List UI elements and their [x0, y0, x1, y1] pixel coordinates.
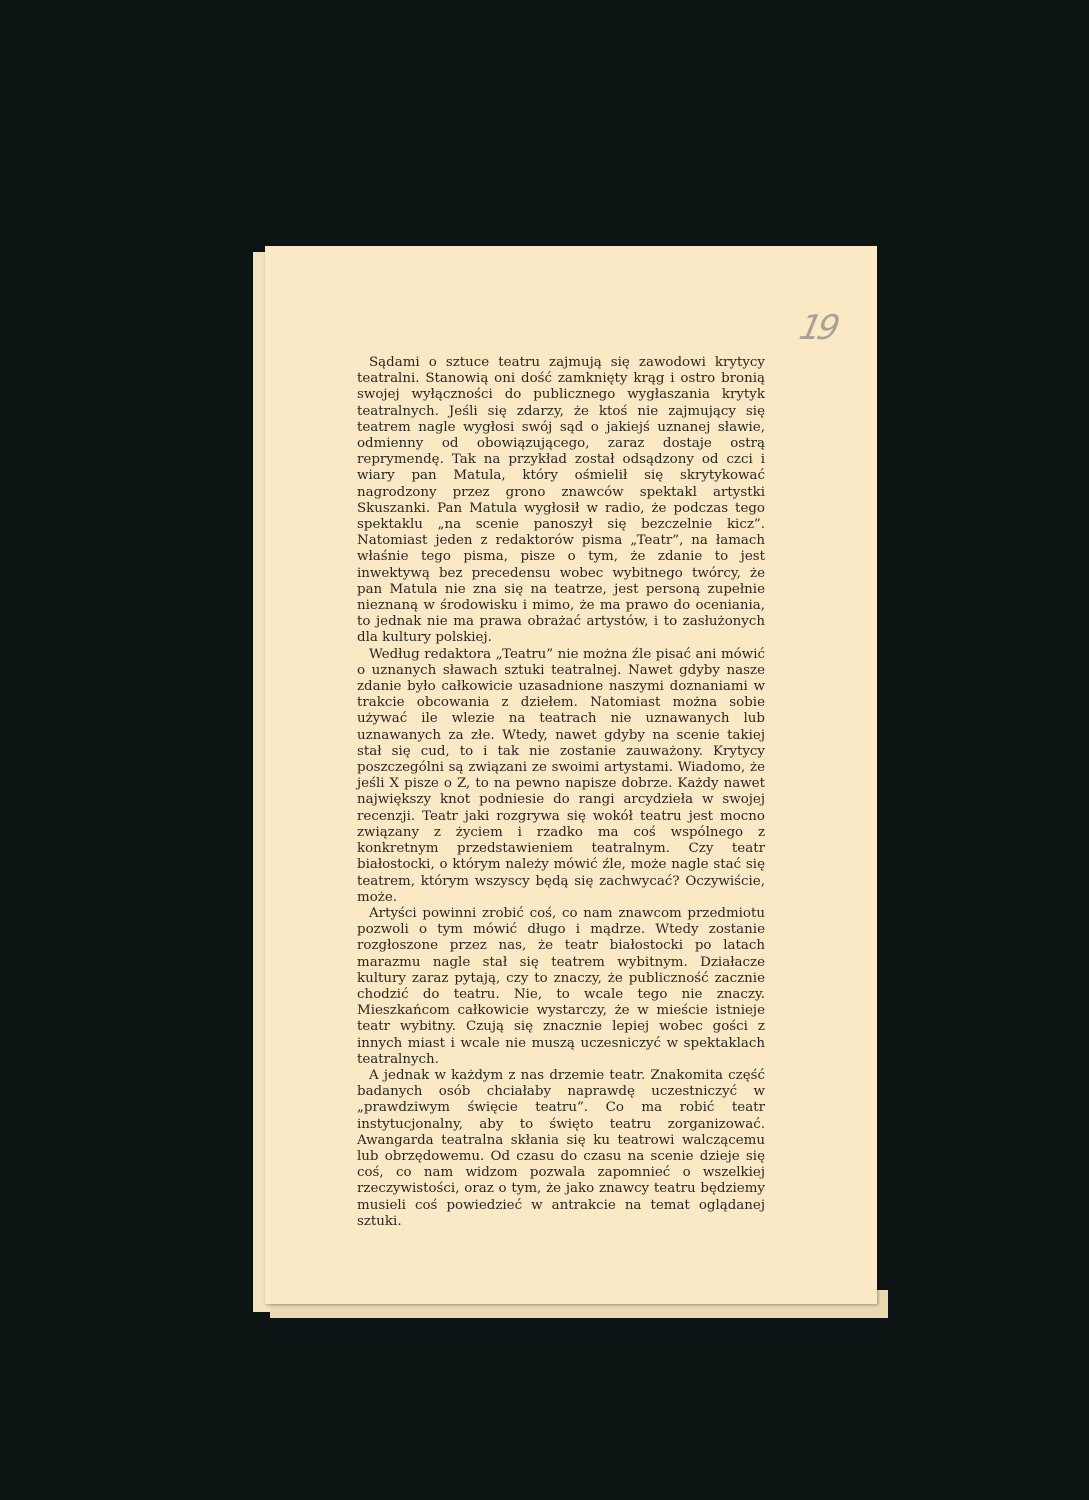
paragraph-2: Według redaktora „Teatru” nie można źle … — [357, 647, 765, 906]
paragraph-1: Sądami o sztuce teatru zajmują się zawod… — [357, 355, 765, 647]
paragraph-4: A jednak w każdym z nas drzemie teatr. Z… — [357, 1068, 765, 1230]
paragraph-3: Artyści powinni zrobić coś, co nam znawc… — [357, 906, 765, 1068]
article-body: Sądami o sztuce teatru zajmują się zawod… — [357, 355, 765, 1230]
